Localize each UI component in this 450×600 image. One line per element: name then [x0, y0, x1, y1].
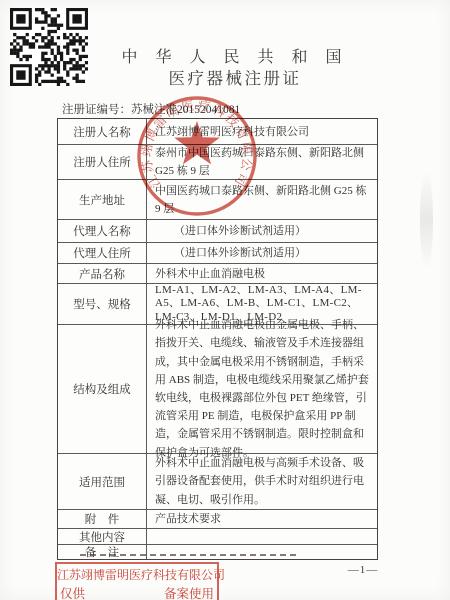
fold-dash-line [80, 554, 296, 556]
certificate-number-line: 注册证编号：苏械注准20152041081 [62, 101, 240, 117]
certificate-number-value: 苏械注准20152041081 [131, 104, 240, 116]
row-label: 附 件 [58, 510, 147, 528]
row-label: 结构及组成 [58, 325, 147, 453]
country-title: 中 华 人 民 共 和 国 [20, 44, 450, 67]
watermark-usage-line: 仅供 备案使用 [57, 583, 217, 600]
scan-artifact-streak [420, 170, 433, 270]
row-value: 外科术中止血消融电极 [147, 264, 377, 283]
row-value [147, 529, 377, 544]
page-number: —1— [340, 564, 386, 576]
row-label: 注册人名称 [58, 119, 147, 144]
row-label: 型号、规格 [58, 284, 147, 324]
row-registrant-name: 注册人名称 江苏翊博雷明医疗科技有限公司 [58, 119, 377, 144]
row-value: 外科术中止血消融电极由金属电极、手柄、指拨开关、电缆线、输液管及手术连接器组成，… [147, 325, 377, 453]
row-registrant-address: 注册人住所 泰州市中国医药城口泰路东侧、新阳路北侧 G25 栋 9 层 [58, 144, 377, 179]
row-production-address: 生产地址 中国医药城口泰路东侧、新阳路北侧 G25 栋 9 层 [58, 179, 377, 219]
filing-watermark-stamp: 江苏翊博雷明医疗科技有限公司 仅供 备案使用 [55, 562, 219, 600]
row-value [147, 545, 377, 559]
row-other-content: 其他内容 [58, 528, 377, 544]
watermark-filing-use: 备案使用 [164, 584, 214, 600]
row-structure-composition: 结构及组成 外科术中止血消融电极由金属电极、手柄、指拨开关、电缆线、输液管及手术… [58, 324, 377, 453]
certificate-number-label: 注册证编号： [62, 104, 131, 116]
row-label: 注册人住所 [58, 145, 147, 179]
row-value: 泰州市中国医药城口泰路东侧、新阳路北侧 G25 栋 9 层 [147, 145, 377, 179]
watermark-only-for: 仅供 [60, 584, 85, 600]
row-product-name: 产品名称 外科术中止血消融电极 [58, 263, 377, 283]
row-label: 生产地址 [58, 180, 147, 219]
row-agent-name: 代理人名称 （进口体外诊断试剂适用） [58, 219, 377, 242]
row-value: 江苏翊博雷明医疗科技有限公司 [147, 119, 377, 144]
row-value: 产品技术要求 [147, 510, 377, 528]
certificate-title: 医疗器械注册证 [20, 65, 450, 89]
row-value: 外科术中止血消融电极与高频手术设备、吸引器设备配套使用，供手术时对组织进行电凝、… [147, 454, 377, 509]
watermark-company-name: 江苏翊博雷明医疗科技有限公司 [57, 566, 217, 583]
row-scope-of-use: 适用范围 外科术中止血消融电极与高频手术设备、吸引器设备配套使用，供手术时对组织… [58, 453, 377, 509]
row-label: 代理人名称 [58, 220, 147, 242]
row-value: 中国医药城口泰路东侧、新阳路北侧 G25 栋 9 层 [147, 180, 377, 219]
row-label: 代理人住所 [58, 243, 147, 263]
row-label: 产品名称 [58, 264, 147, 283]
registration-certificate-page: 中 华 人 民 共 和 国 医疗器械注册证 注册证编号：苏械注准20152041… [0, 0, 450, 600]
certificate-table: 注册人名称 江苏翊博雷明医疗科技有限公司 注册人住所 泰州市中国医药城口泰路东侧… [57, 118, 378, 560]
row-attachment: 附 件 产品技术要求 [58, 509, 377, 528]
row-agent-address: 代理人住所 （进口体外诊断试剂适用） [58, 242, 377, 263]
row-value: （进口体外诊断试剂适用） [147, 243, 377, 263]
row-label: 备 注 [58, 545, 147, 559]
row-remarks: 备 注 [58, 544, 377, 559]
row-label: 适用范围 [58, 454, 147, 509]
row-value: （进口体外诊断试剂适用） [147, 220, 377, 242]
row-label: 其他内容 [58, 529, 147, 544]
